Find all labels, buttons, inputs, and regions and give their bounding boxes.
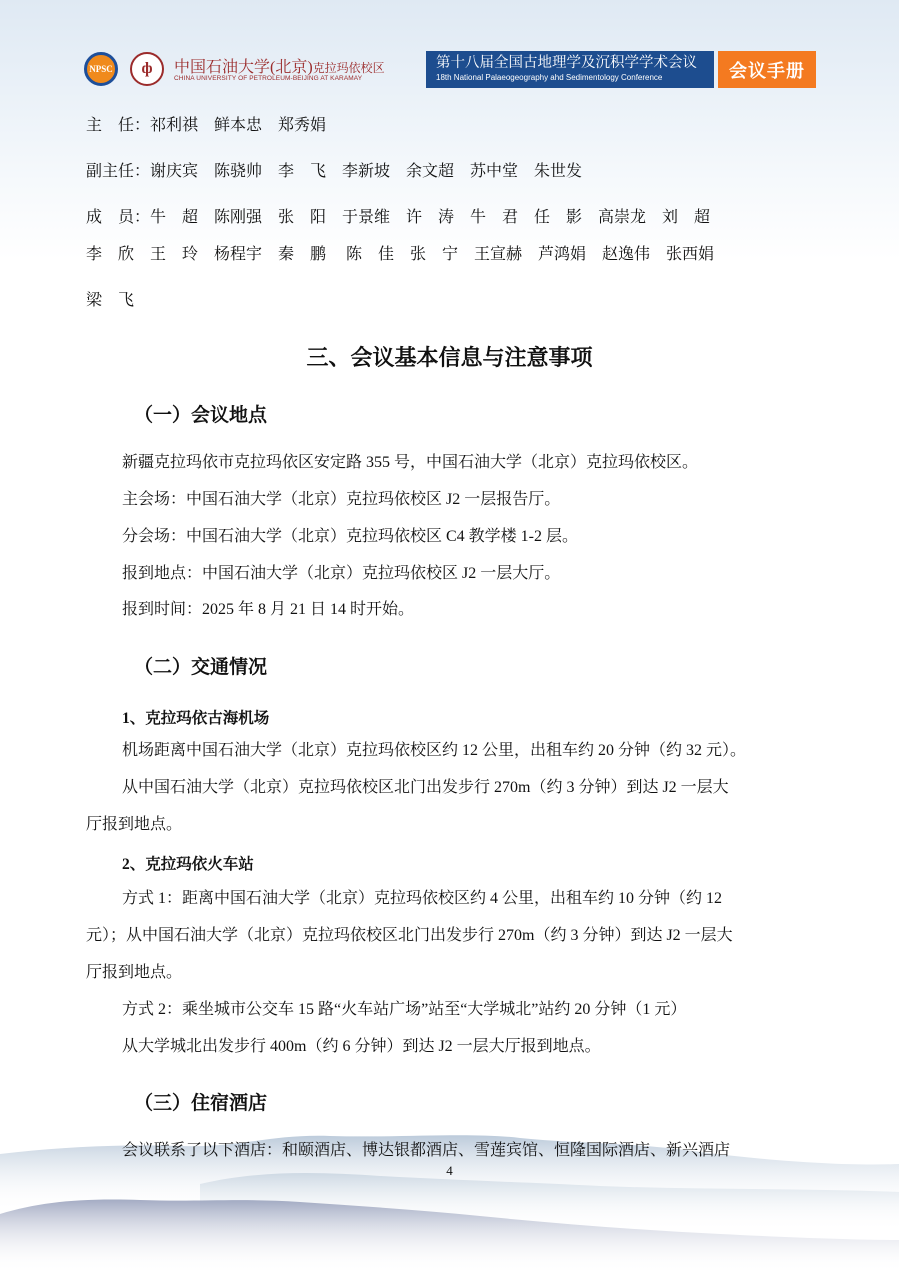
conference-banner: 第十八届全国古地理学及沉积学学术会议 18th National Palaeog… [426, 51, 714, 88]
paragraph: 厅报到地点。 [86, 963, 182, 983]
section-heading-transport: （二）交通情况 [134, 652, 267, 679]
paragraph: 从中国石油大学（北京）克拉玛依校区北门出发步行 270m（约 3 分钟）到达 J… [122, 778, 729, 798]
page-header: NPSC ф 中国石油大学(北京)克拉玛依校区 CHINA UNIVERSITY… [0, 0, 899, 100]
paragraph: 分会场：中国石油大学（北京）克拉玛依校区 C4 教学楼 1-2 层。 [122, 527, 578, 547]
paragraph: 新疆克拉玛依市克拉玛依区安定路 355 号，中国石油大学（北京）克拉玛依校区。 [122, 453, 698, 473]
section-heading-hotels: （三）住宿酒店 [134, 1088, 267, 1115]
paragraph: 元）；从中国石油大学（北京）克拉玛依校区北门出发步行 270m（约 3 分钟）到… [86, 926, 733, 946]
committee-members-cont: 李 欣 王 玲 杨程宇 秦 鹏 陈 佳 张 宁 王宣赫 芦鸿娟 赵逸伟 张西娟 [86, 245, 714, 265]
university-name-cn: 中国石油大学(北京)克拉玛依校区 [174, 54, 385, 77]
subsection-train: 2、克拉玛依火车站 [122, 852, 254, 874]
university-emblem-icon: ф [130, 52, 164, 86]
section-heading-location: （一）会议地点 [134, 400, 267, 427]
committee-deputy-director: 副主任：谢庆宾 陈骁帅 李 飞 李新坡 余文超 苏中堂 朱世发 [86, 162, 582, 182]
paragraph: 报到地点：中国石油大学（北京）克拉玛依校区 J2 一层大厅。 [122, 564, 560, 584]
committee-members-cont: 梁 飞 [86, 291, 134, 311]
committee-members: 成 员：牛 超 陈刚强 张 阳 于景维 许 涛 牛 君 任 影 高崇龙 刘 超 [86, 208, 710, 228]
university-name-en: CHINA UNIVERSITY OF PETROLEUM-BEIJING AT… [174, 75, 362, 82]
paragraph: 报到时间：2025 年 8 月 21 日 14 时开始。 [122, 600, 414, 620]
campus-name: 克拉玛依校区 [313, 61, 385, 75]
npsc-logo: NPSC [84, 52, 118, 86]
paragraph: 会议联系了以下酒店：和颐酒店、博达银都酒店、雪莲宾馆、恒隆国际酒店、新兴酒店 [122, 1141, 730, 1161]
page-number: 4 [0, 1163, 899, 1179]
paragraph: 厅报到地点。 [86, 815, 182, 835]
paragraph: 从大学城北出发步行 400m（约 6 分钟）到达 J2 一层大厅报到地点。 [122, 1037, 601, 1057]
conference-title-cn: 第十八届全国古地理学及沉积学学术会议 [436, 54, 714, 72]
paragraph: 方式 1：距离中国石油大学（北京）克拉玛依校区约 4 公里，出租车约 10 分钟… [122, 889, 722, 909]
section-main-title: 三、会议基本信息与注意事项 [0, 341, 899, 372]
paragraph: 主会场：中国石油大学（北京）克拉玛依校区 J2 一层报告厅。 [122, 490, 560, 510]
subsection-airport: 1、克拉玛依古海机场 [122, 706, 269, 728]
paragraph: 方式 2：乘坐城市公交车 15 路“火车站广场”站至“大学城北”站约 20 分钟… [122, 1000, 686, 1020]
conference-manual-badge: 会议手册 [718, 51, 816, 88]
committee-director: 主 任：祁利祺 鲜本忠 郑秀娟 [86, 116, 326, 136]
conference-title-en: 18th National Palaeogeography ahd Sedime… [436, 72, 714, 83]
paragraph: 机场距离中国石油大学（北京）克拉玛依校区约 12 公里，出租车约 20 分钟（约… [122, 741, 746, 761]
